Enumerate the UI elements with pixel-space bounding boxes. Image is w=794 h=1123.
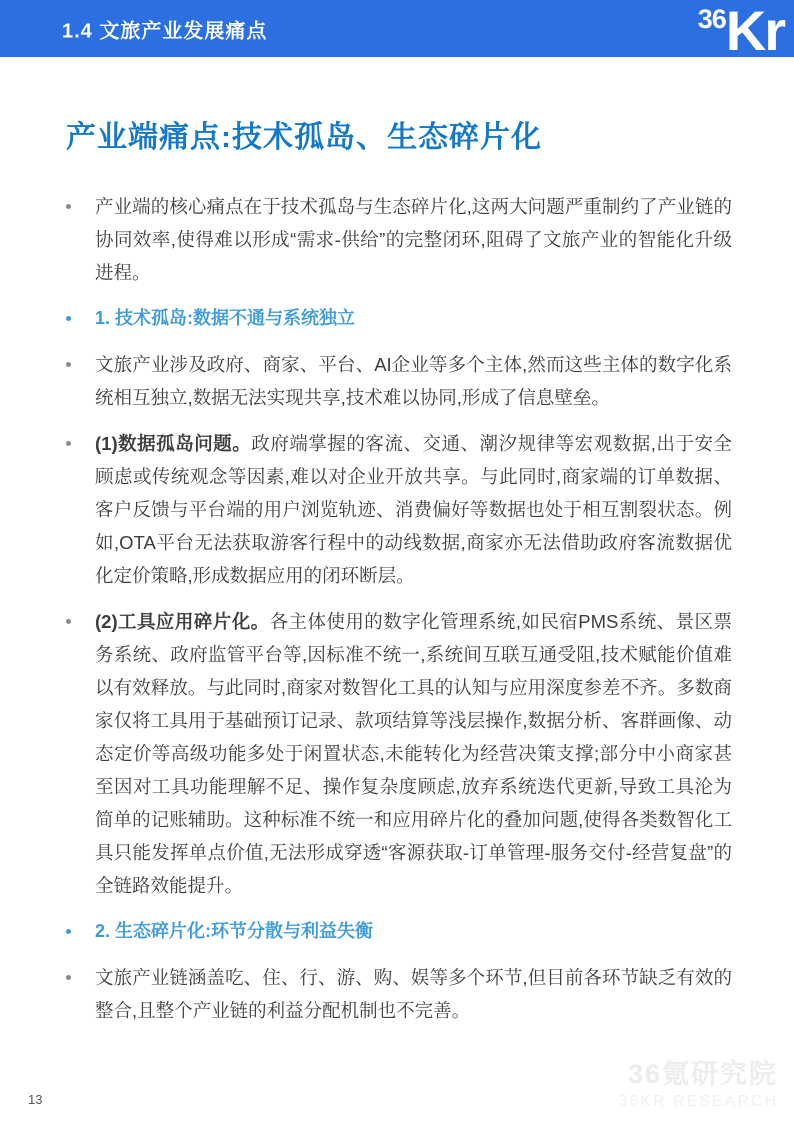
bullet-icon	[66, 975, 71, 980]
bullet-icon	[66, 362, 71, 367]
paragraph-lead: (2)工具应用碎片化。	[95, 611, 270, 632]
paragraph-text: 产业端的核心痛点在于技术孤岛与生态碎片化,这两大问题严重制约了产业链的协同效率,…	[95, 190, 732, 289]
bullet-icon	[66, 204, 71, 209]
bullet-icon	[66, 929, 71, 934]
page-number: 13	[28, 1092, 42, 1107]
list-item: 产业端的核心痛点在于技术孤岛与生态碎片化,这两大问题严重制约了产业链的协同效率,…	[66, 190, 732, 289]
logo-kr-text: Kr	[726, 3, 784, 59]
paragraph-lead: (1)数据孤岛问题。	[95, 433, 251, 454]
paragraph-text: 文旅产业涉及政府、商家、平台、AI企业等多个主体,然而这些主体的数字化系统相互独…	[95, 348, 732, 414]
section-heading-text: 2. 生态碎片化:环节分散与利益失衡	[95, 915, 732, 948]
logo-36-text: 36	[698, 6, 726, 33]
section-heading-text: 1. 技术孤岛:数据不通与系统独立	[95, 302, 732, 335]
section-label: 1.4 文旅产业发展痛点	[62, 14, 267, 43]
section-heading: 2. 生态碎片化:环节分散与利益失衡	[66, 915, 732, 948]
list-item: (1)数据孤岛问题。政府端掌握的客流、交通、潮汐规律等宏观数据,出于安全顾虑或传…	[66, 427, 732, 592]
list-item: 文旅产业链涵盖吃、住、行、游、购、娱等多个环节,但目前各环节缺乏有效的整合,且整…	[66, 961, 732, 1027]
section-heading: 1. 技术孤岛:数据不通与系统独立	[66, 302, 732, 335]
bullet-icon	[66, 316, 71, 321]
bullet-icon	[66, 441, 71, 446]
watermark-en: 36KR RESEARCH	[619, 1093, 778, 1111]
page-title: 产业端痛点:技术孤岛、生态碎片化	[66, 112, 542, 156]
header-bar: 1.4 文旅产业发展痛点 36 Kr	[0, 0, 794, 57]
paragraph-text: (1)数据孤岛问题。政府端掌握的客流、交通、潮汐规律等宏观数据,出于安全顾虑或传…	[95, 427, 732, 592]
36kr-logo: 36 Kr	[698, 3, 784, 59]
list-item: (2)工具应用碎片化。各主体使用的数字化管理系统,如民宿PMS系统、景区票务系统…	[66, 605, 732, 902]
watermark: 36氪研究院 36KR RESEARCH	[619, 1059, 778, 1111]
paragraph-text: (2)工具应用碎片化。各主体使用的数字化管理系统,如民宿PMS系统、景区票务系统…	[95, 605, 732, 902]
list-item: 文旅产业涉及政府、商家、平台、AI企业等多个主体,然而这些主体的数字化系统相互独…	[66, 348, 732, 414]
paragraph-text: 文旅产业链涵盖吃、住、行、游、购、娱等多个环节,但目前各环节缺乏有效的整合,且整…	[95, 961, 732, 1027]
content-area: 产业端的核心痛点在于技术孤岛与生态碎片化,这两大问题严重制约了产业链的协同效率,…	[66, 190, 732, 1040]
bullet-icon	[66, 619, 71, 624]
watermark-cn: 36氪研究院	[619, 1059, 778, 1090]
